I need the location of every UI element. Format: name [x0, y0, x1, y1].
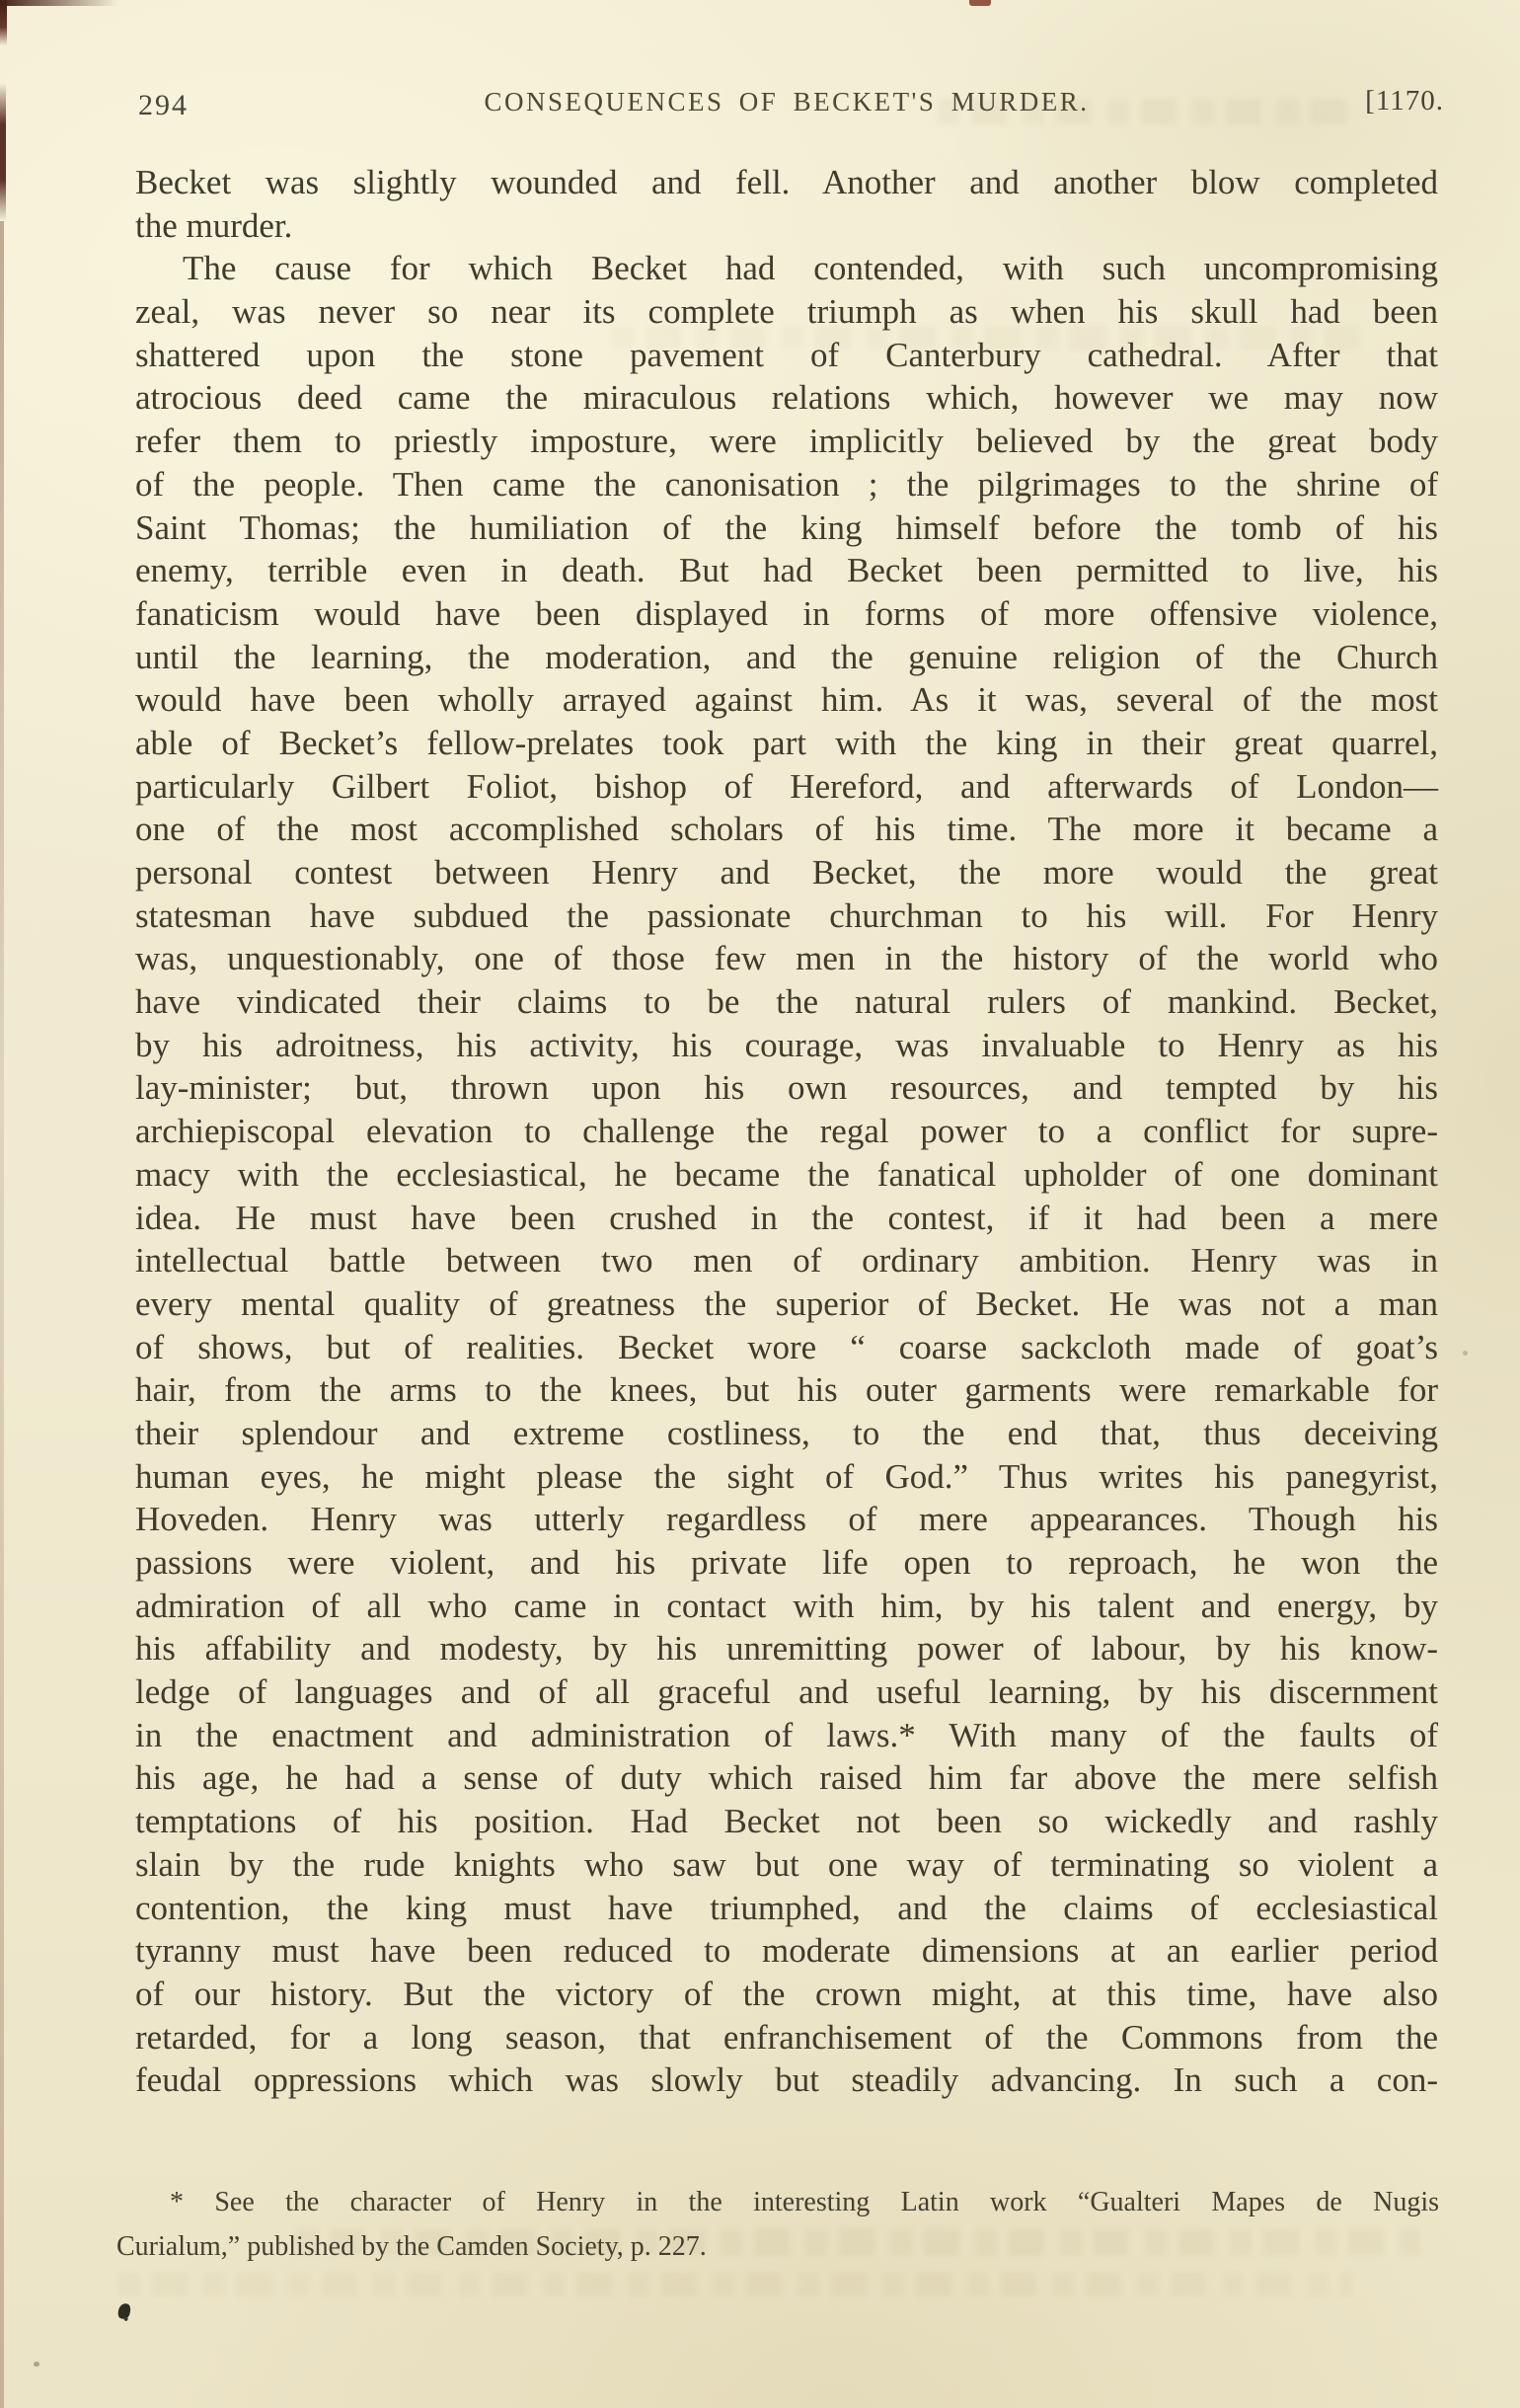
- text-line: his affability and modesty, by his unrem…: [135, 1627, 1438, 1670]
- text-line: temptations of his position. Had Becket …: [135, 1800, 1438, 1843]
- text-line: statesman have subdued the passionate ch…: [135, 894, 1438, 938]
- text-line: ledge of languages and of all graceful a…: [135, 1670, 1438, 1714]
- text-line: zeal, was never so near its complete tri…: [135, 290, 1438, 334]
- text-line: macy with the ecclesiastical, he became …: [135, 1153, 1438, 1197]
- text-line: his age, he had a sense of duty which ra…: [135, 1756, 1438, 1800]
- text-line: feudal oppressions which was slowly but …: [135, 2058, 1438, 2102]
- text-line: would have been wholly arrayed against h…: [135, 678, 1438, 722]
- text-line: particularly Gilbert Foliot, bishop of H…: [135, 765, 1438, 809]
- text-line: idea. He must have been crushed in the c…: [135, 1197, 1438, 1240]
- margin-year: [1170.: [1365, 85, 1444, 117]
- text-line: of shows, but of realities. Becket wore …: [135, 1326, 1438, 1369]
- text-line: Hoveden. Henry was utterly regardless of…: [135, 1498, 1438, 1541]
- scan-edge-artifact: [0, 0, 7, 45]
- text-line: of the people. Then came the canonisatio…: [135, 463, 1438, 506]
- text-line: retarded, for a long season, that enfran…: [135, 2016, 1438, 2059]
- text-line: have vindicated their claims to be the n…: [135, 980, 1438, 1024]
- text-line: enemy, terrible even in death. But had B…: [135, 549, 1438, 592]
- text-line: tyranny must have been reduced to modera…: [135, 1929, 1438, 1973]
- text-line: human eyes, he might please the sight of…: [135, 1455, 1438, 1499]
- ink-speck: [1463, 1351, 1468, 1356]
- text-line: the murder.: [135, 204, 1438, 248]
- text-line: refer them to priestly imposture, were i…: [135, 420, 1438, 463]
- running-header-title: CONSEQUENCES OF BECKET'S MURDER.: [135, 87, 1438, 117]
- text-line: their splendour and extreme costliness, …: [135, 1412, 1438, 1455]
- text-line: of our history. But the victory of the c…: [135, 1973, 1438, 2016]
- running-header: 294 CONSEQUENCES OF BECKET'S MURDER. [11…: [135, 87, 1438, 120]
- body-text: Becket was slightly wounded and fell. An…: [135, 161, 1438, 2102]
- text-line: every mental quality of greatness the su…: [135, 1282, 1438, 1326]
- text-line: in the enactment and administration of l…: [135, 1714, 1438, 1757]
- text-line: by his adroitness, his activity, his cou…: [135, 1024, 1438, 1067]
- text-line: slain by the rude knights who saw but on…: [135, 1843, 1438, 1887]
- scan-edge-artifact: [0, 83, 6, 221]
- text-line: The cause for which Becket had contended…: [135, 247, 1438, 290]
- text-line: lay-minister; but, thrown upon his own r…: [135, 1066, 1438, 1110]
- text-line: Becket was slightly wounded and fell. An…: [135, 161, 1438, 204]
- text-line: passions were violent, and his private l…: [135, 1541, 1438, 1585]
- text-line: was, unquestionably, one of those few me…: [135, 937, 1438, 980]
- text-line: Saint Thomas; the humiliation of the kin…: [135, 506, 1438, 550]
- text-line: hair, from the arms to the knees, but hi…: [135, 1368, 1438, 1412]
- text-line: intellectual battle between two men of o…: [135, 1239, 1438, 1282]
- text-line: personal contest between Henry and Becke…: [135, 851, 1438, 894]
- footnote-line: * See the character of Henry in the inte…: [116, 2180, 1439, 2224]
- text-line: fanaticism would have been displayed in …: [135, 592, 1438, 636]
- text-line: until the learning, the moderation, and …: [135, 636, 1438, 679]
- scan-edge-artifact: [969, 0, 991, 6]
- text-line: shattered upon the stone pavement of Can…: [135, 334, 1438, 377]
- text-line: archiepiscopal elevation to challenge th…: [135, 1110, 1438, 1153]
- text-line: one of the most accomplished scholars of…: [135, 808, 1438, 851]
- footnote: * See the character of Henry in the inte…: [116, 2180, 1439, 2269]
- text-line: atrocious deed came the miraculous relat…: [135, 376, 1438, 420]
- ink-speck: [34, 2362, 39, 2367]
- footnote-line: Curialum,” published by the Camden Socie…: [116, 2224, 1439, 2269]
- text-line: contention, the king must have triumphed…: [135, 1887, 1438, 1930]
- book-page-scan: { "page": { "folio_left": "294", "runnin…: [0, 0, 1520, 2408]
- scan-edge-artifact: [0, 0, 118, 6]
- text-line: able of Becket’s fellow-prelates took pa…: [135, 722, 1438, 765]
- text-line: admiration of all who came in contact wi…: [135, 1585, 1438, 1628]
- scan-edge-shadow: [0, 221, 4, 2408]
